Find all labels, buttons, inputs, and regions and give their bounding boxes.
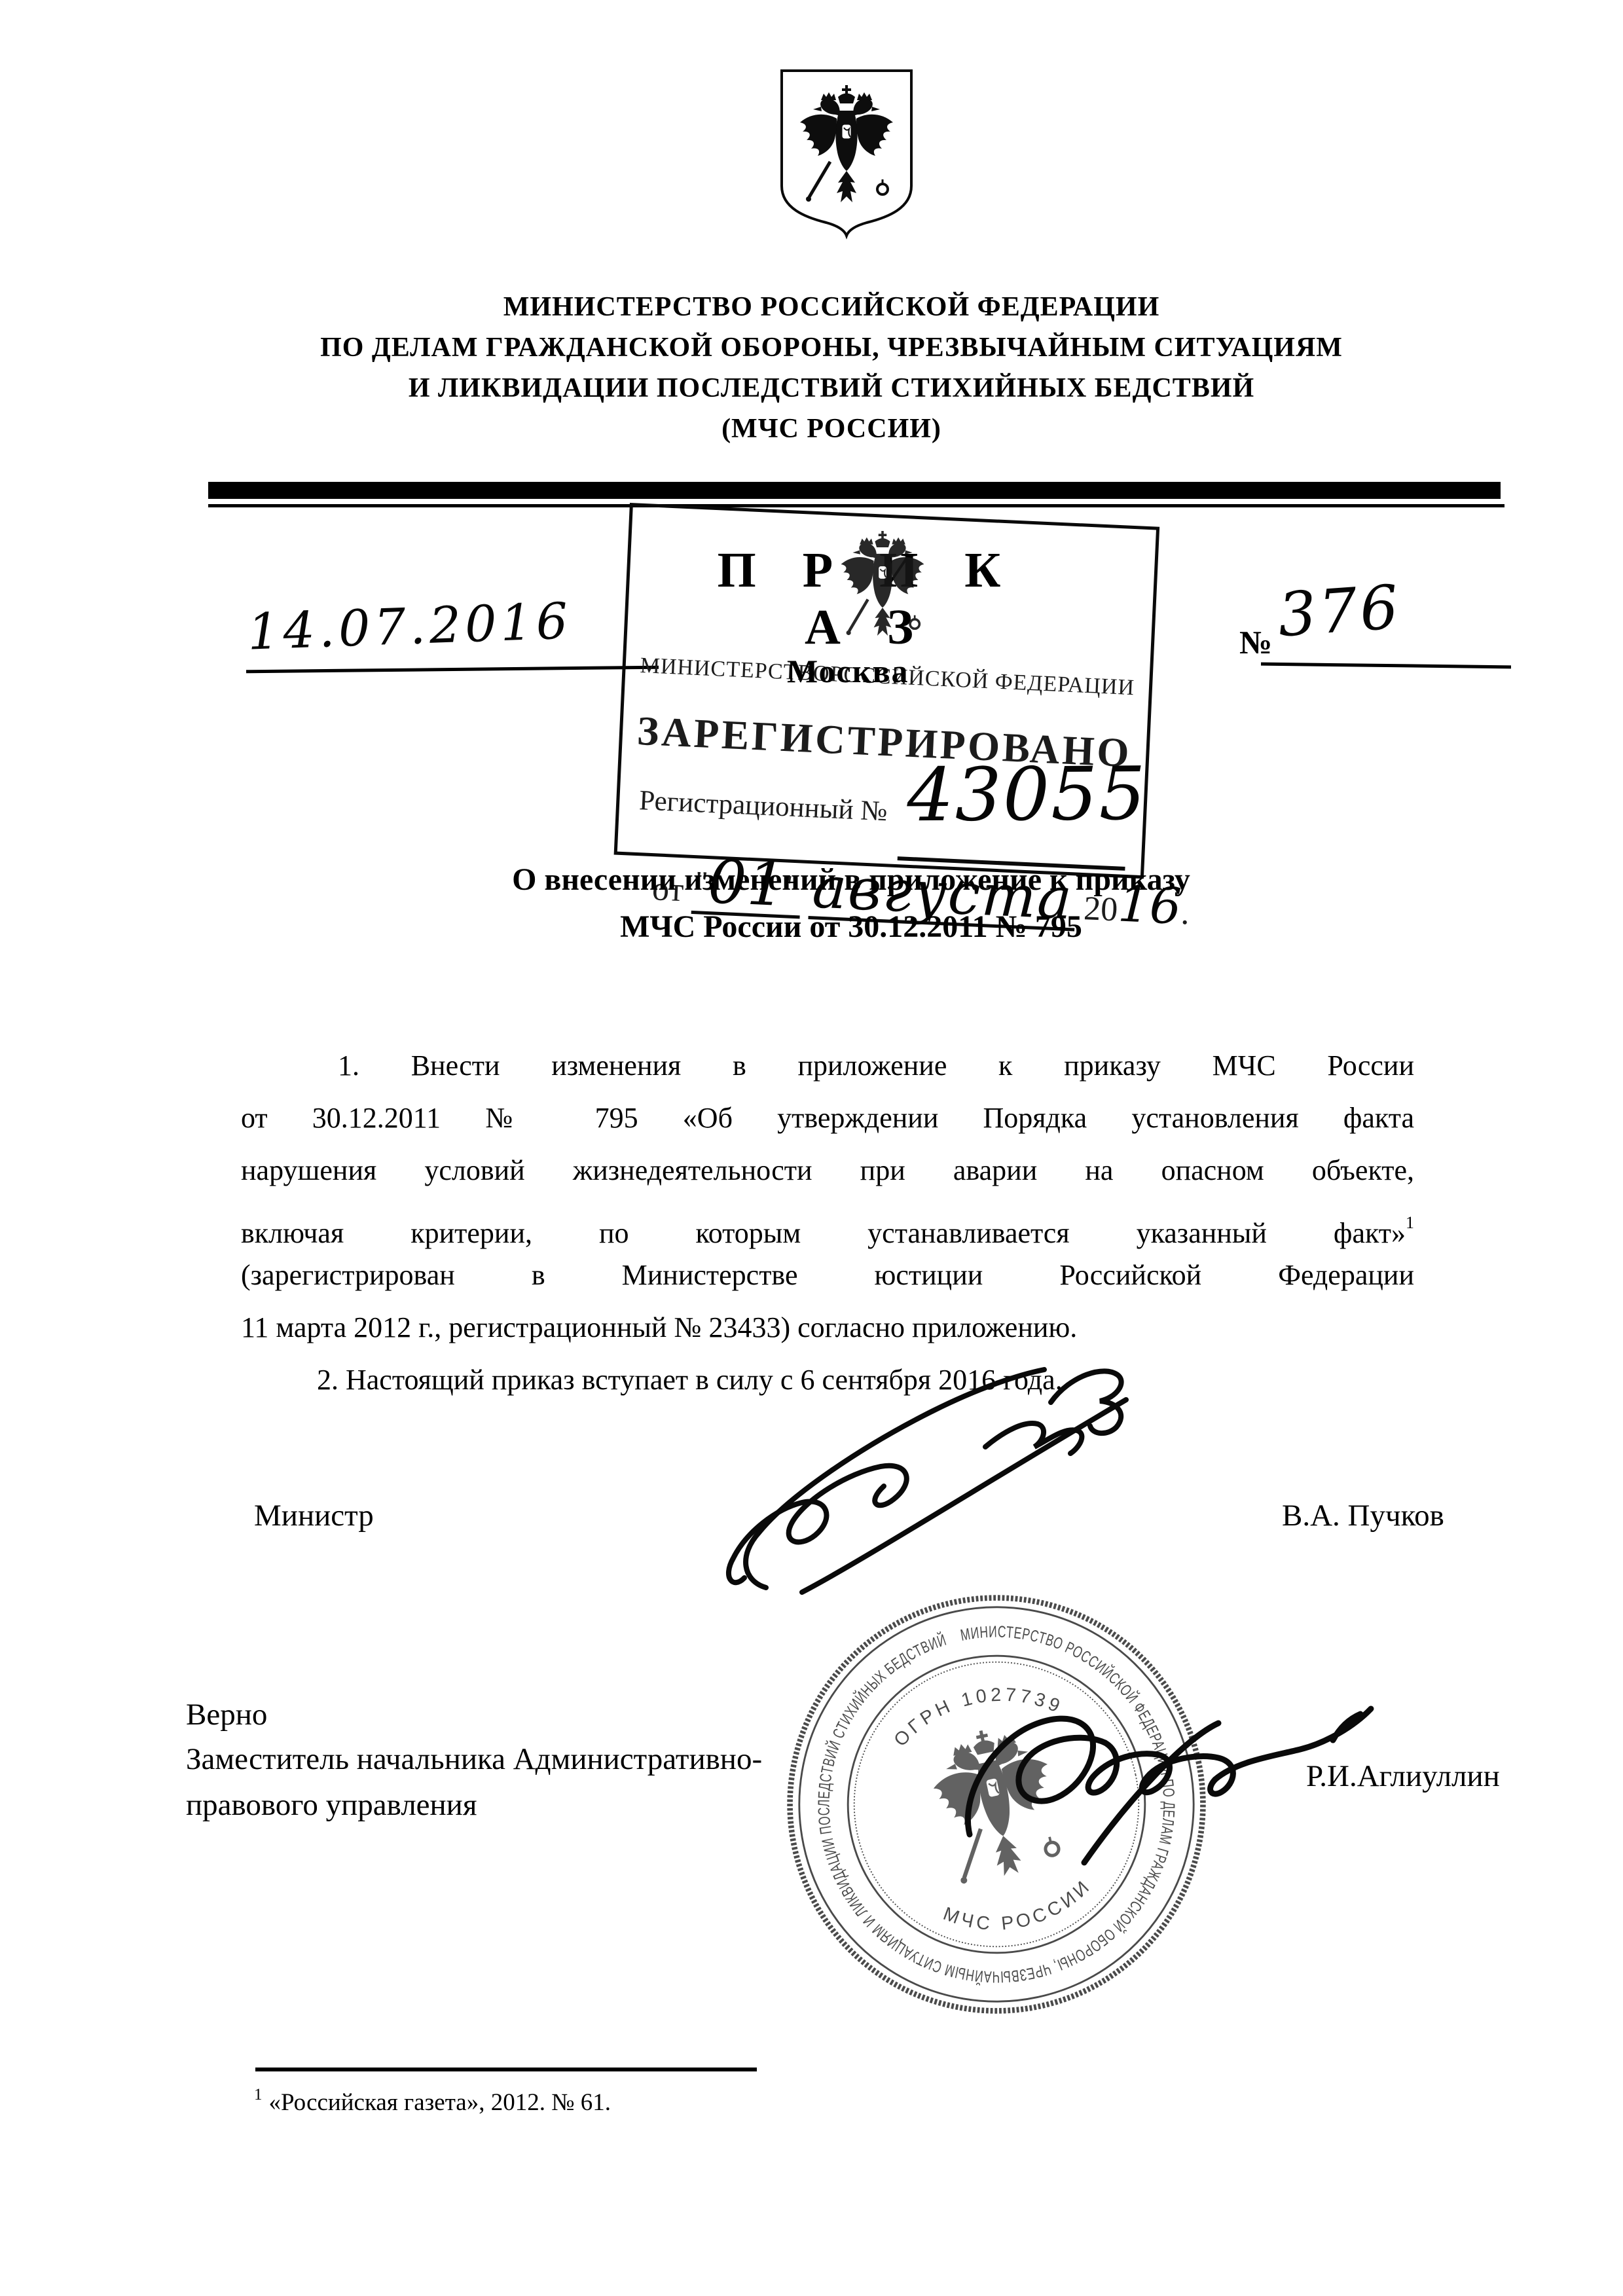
order-number-underline xyxy=(1261,663,1511,669)
order-city: Москва xyxy=(787,652,909,690)
stamp-eagle-icon xyxy=(833,515,932,657)
ministry-line-2: ПО ДЕЛАМ ГРАЖДАНСКОЙ ОБОРОНЫ, ЧРЕЗВЫЧАЙН… xyxy=(157,327,1506,368)
order-subject-line-1: О внесении изменений в приложение к прик… xyxy=(327,856,1375,903)
body-line-text: включая критерии, по которым устанавлива… xyxy=(241,1217,1406,1249)
order-number-handwritten: 376 xyxy=(1275,572,1403,651)
body-line: от 30.12.2011 № 795 «Об утверждении Поря… xyxy=(241,1092,1414,1144)
footnote-rule xyxy=(255,2068,757,2071)
footnote-reference: 1 xyxy=(1406,1213,1414,1232)
ministry-line-3: И ЛИКВИДАЦИИ ПОСЛЕДСТВИЙ СТИХИЙНЫХ БЕДСТ… xyxy=(157,368,1506,409)
svg-text:МЧС РОССИИ: МЧС РОССИИ xyxy=(937,1872,1101,1948)
signoff-position: Министр xyxy=(254,1498,374,1533)
order-subject-line-2: МЧС России от 30.12.2011 № 795 xyxy=(327,903,1375,951)
ministry-line-1: МИНИСТЕРСТВО РОССИЙСКОЙ ФЕДЕРАЦИИ xyxy=(157,287,1506,327)
registration-number-label: Регистрационный № xyxy=(638,784,888,828)
order-number-label: № xyxy=(1239,623,1272,661)
body-line: 1. Внести изменения в приложение к прика… xyxy=(338,1040,1414,1092)
signoff-name: В.А. Пучков xyxy=(1282,1498,1444,1533)
order-date-handwritten: 14.07.2016 xyxy=(247,591,573,661)
ministry-line-4: (МЧС РОССИИ) xyxy=(157,409,1506,449)
state-emblem-icon xyxy=(773,67,921,241)
order-subject: О внесении изменений в приложение к прик… xyxy=(327,856,1375,951)
header-rule-thin xyxy=(208,504,1504,507)
minister-signature xyxy=(704,1362,1162,1597)
order-date-underline xyxy=(246,666,659,674)
body-line: нарушения условий жизнедеятельности при … xyxy=(241,1144,1414,1197)
body-line: включая критерии, по которым устанавлива… xyxy=(241,1197,1414,1249)
body-line: 11 марта 2012 г., регистрационный № 2343… xyxy=(241,1302,1414,1354)
seal-mchs-text: МЧС РОССИИ xyxy=(937,1872,1101,1948)
certification-position-line-1: Заместитель начальника Административно- xyxy=(186,1741,762,1777)
scanned-order-document: МИНИСТЕРСТВО РОССИЙСКОЙ ФЕДЕРАЦИИ ПО ДЕЛ… xyxy=(0,0,1623,2296)
footnote: 1«Российская газета», 2012. № 61. xyxy=(254,2086,611,2117)
certification-signature xyxy=(934,1663,1385,1872)
footnote-text: «Российская газета», 2012. № 61. xyxy=(269,2089,611,2116)
body-line: (зарегистрирован в Министерстве юстиции … xyxy=(241,1249,1414,1302)
header-rule-thick xyxy=(208,482,1501,499)
registration-number-handwritten: 43055 xyxy=(907,752,1147,839)
footnote-marker: 1 xyxy=(254,2086,263,2104)
certification-verno: Верно xyxy=(186,1697,267,1732)
certification-position-line-2: правового управления xyxy=(186,1787,477,1823)
ministry-header: МИНИСТЕРСТВО РОССИЙСКОЙ ФЕДЕРАЦИИ ПО ДЕЛ… xyxy=(157,287,1506,449)
order-body: 1. Внести изменения в приложение к прика… xyxy=(241,1040,1414,1406)
